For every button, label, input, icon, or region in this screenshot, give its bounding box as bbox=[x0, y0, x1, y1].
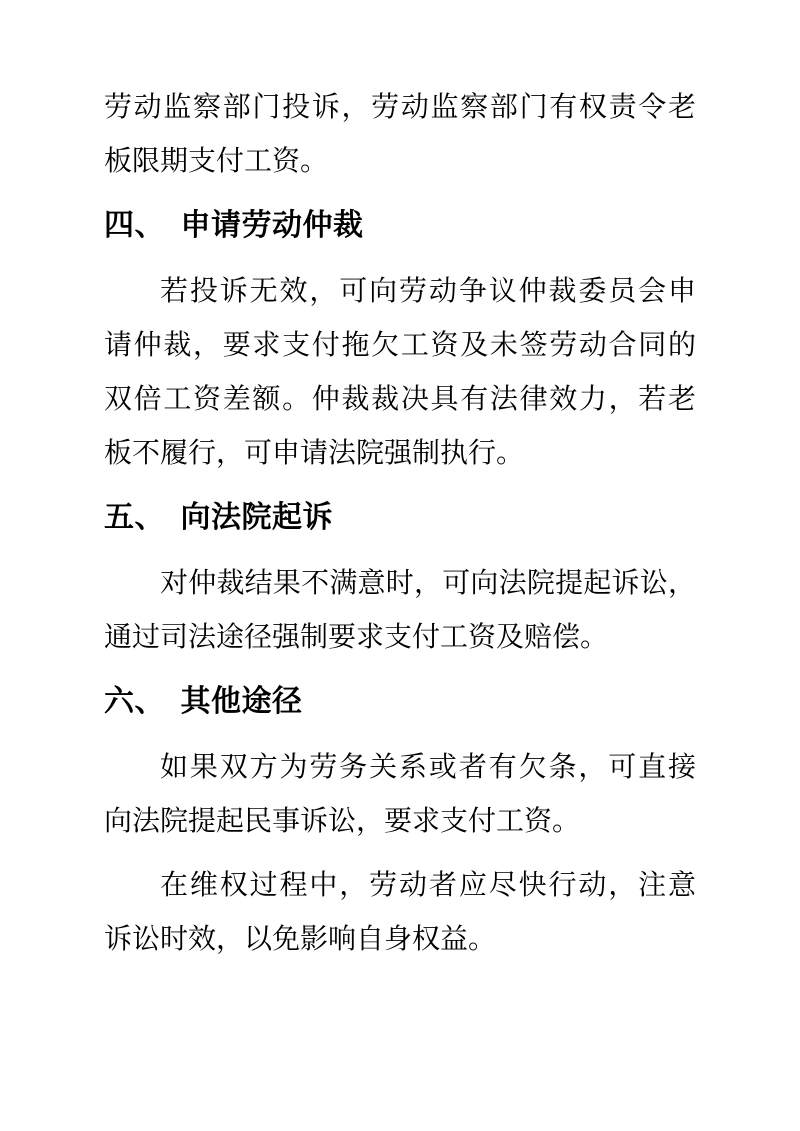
section-heading: 五、 向法院起诉 bbox=[104, 492, 696, 544]
body-paragraph: 在维权过程中，劳动者应尽快行动，注意诉讼时效，以免影响自身权益。 bbox=[104, 858, 696, 966]
body-paragraph: 若投诉无效，可向劳动争议仲裁委员会申请仲裁，要求支付拖欠工资及未签劳动合同的双倍… bbox=[104, 264, 696, 480]
text-line: 板限期支付工资。 bbox=[104, 134, 696, 188]
text-line: 对仲裁结果不满意时，可向法院提起诉讼， bbox=[104, 556, 696, 610]
section-heading: 四、 申请劳动仲裁 bbox=[104, 200, 696, 252]
section-heading: 六、 其他途径 bbox=[104, 676, 696, 728]
document-content: 劳动监察部门投诉，劳动监察部门有权责令老板限期支付工资。四、 申请劳动仲裁若投诉… bbox=[104, 80, 696, 966]
text-line: 劳动监察部门投诉，劳动监察部门有权责令老 bbox=[104, 80, 696, 134]
text-line: 双倍工资差额。仲裁裁决具有法律效力，若老 bbox=[104, 372, 696, 426]
body-paragraph: 对仲裁结果不满意时，可向法院提起诉讼，通过司法途径强制要求支付工资及赔偿。 bbox=[104, 556, 696, 664]
text-line: 在维权过程中，劳动者应尽快行动，注意 bbox=[104, 858, 696, 912]
text-line: 通过司法途径强制要求支付工资及赔偿。 bbox=[104, 610, 696, 664]
body-paragraph: 劳动监察部门投诉，劳动监察部门有权责令老板限期支付工资。 bbox=[104, 80, 696, 188]
body-paragraph: 如果双方为劳务关系或者有欠条，可直接向法院提起民事诉讼，要求支付工资。 bbox=[104, 740, 696, 848]
text-line: 请仲裁，要求支付拖欠工资及未签劳动合同的 bbox=[104, 318, 696, 372]
text-line: 六、 其他途径 bbox=[104, 676, 696, 728]
text-line: 诉讼时效，以免影响自身权益。 bbox=[104, 912, 696, 966]
text-line: 若投诉无效，可向劳动争议仲裁委员会申 bbox=[104, 264, 696, 318]
text-line: 四、 申请劳动仲裁 bbox=[104, 200, 696, 252]
text-line: 向法院提起民事诉讼，要求支付工资。 bbox=[104, 794, 696, 848]
text-line: 板不履行，可申请法院强制执行。 bbox=[104, 426, 696, 480]
text-line: 五、 向法院起诉 bbox=[104, 492, 696, 544]
text-line: 如果双方为劳务关系或者有欠条，可直接 bbox=[104, 740, 696, 794]
document-page: 劳动监察部门投诉，劳动监察部门有权责令老板限期支付工资。四、 申请劳动仲裁若投诉… bbox=[0, 0, 800, 1131]
